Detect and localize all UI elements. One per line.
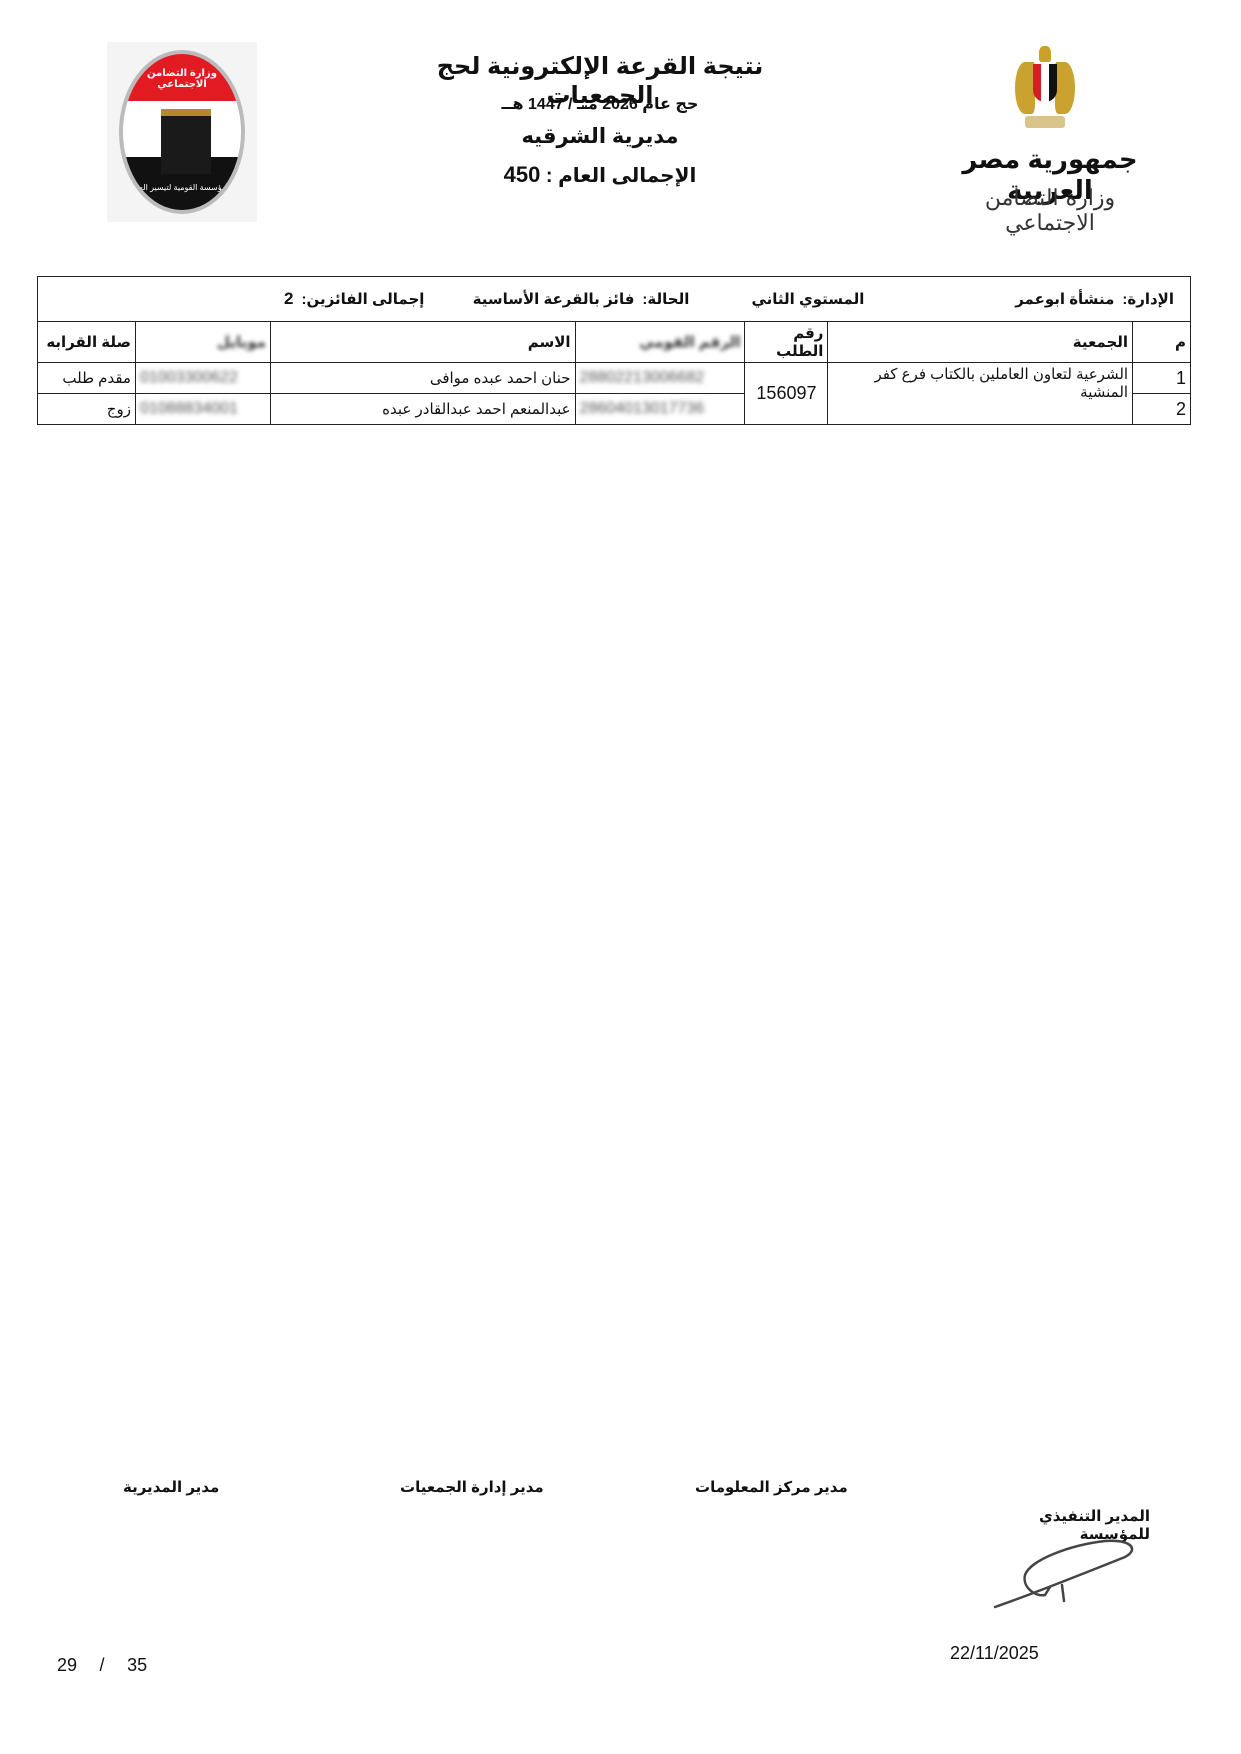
applicant-name: عبدالمنعم احمد عبدالقادر عبده bbox=[270, 394, 575, 425]
page-indicator: 29 / 35 bbox=[57, 1655, 147, 1676]
winners-value: 2 bbox=[284, 289, 293, 309]
egypt-eagle-emblem-icon bbox=[1015, 46, 1075, 134]
logo-caption-bottom: المؤسسة القومية لتيسير الحج bbox=[123, 183, 241, 192]
grand-total-label: الإجمالى العام : bbox=[546, 165, 696, 187]
page-current: 29 bbox=[57, 1655, 77, 1675]
col-request-number: رقم الطلب bbox=[745, 322, 828, 363]
grand-total: الإجمالى العام : 450 bbox=[380, 162, 820, 188]
col-name: الاسم bbox=[270, 322, 575, 363]
mobile: 01088834001 bbox=[135, 394, 270, 425]
status-label: الحالة: bbox=[642, 290, 689, 308]
mobile: 01003300622 bbox=[135, 363, 270, 394]
signatory-info-center-manager: مدير مركز المعلومات bbox=[695, 1478, 848, 1496]
relation: مقدم طلب bbox=[38, 363, 136, 394]
col-mobile: موبايل bbox=[135, 322, 270, 363]
summary-row: الإدارة: منشأة ابوعمر المستوي الثاني الح… bbox=[38, 277, 1191, 322]
signatory-associations-manager: مدير إدارة الجمعيات bbox=[400, 1478, 544, 1496]
page-separator: / bbox=[82, 1655, 122, 1676]
logo-caption-top: وزارة التضامن الاجتماعي bbox=[123, 68, 241, 90]
winners-label: إجمالى الفائزين: bbox=[301, 290, 424, 308]
row-index: 2 bbox=[1133, 394, 1191, 425]
winners-table: الإدارة: منشأة ابوعمر المستوي الثاني الح… bbox=[37, 276, 1191, 425]
page-total: 35 bbox=[127, 1655, 147, 1675]
national-id: 28802213006682 bbox=[575, 363, 745, 394]
applicant-name: حنان احمد عبده موافى bbox=[270, 363, 575, 394]
col-index: م bbox=[1133, 322, 1191, 363]
association-name: الشرعية لتعاون العاملين بالكتاب فرع كفر … bbox=[828, 363, 1133, 425]
administration-value: منشأة ابوعمر bbox=[864, 290, 1114, 308]
level: المستوي الثاني bbox=[689, 290, 864, 308]
signature-icon bbox=[990, 1535, 1140, 1615]
row-index: 1 bbox=[1133, 363, 1191, 394]
kaaba-logo-icon: وزارة التضامن الاجتماعي المؤسسة القومية … bbox=[119, 50, 245, 214]
col-association: الجمعية bbox=[828, 322, 1133, 363]
grand-total-value: 450 bbox=[504, 162, 541, 187]
national-id: 28604013017736 bbox=[575, 394, 745, 425]
directorate-name: مديرية الشرقيه bbox=[380, 124, 820, 149]
relation: زوج bbox=[38, 394, 136, 425]
hajj-year: حج عام 2026 مــ / 1447 هــ bbox=[380, 94, 820, 114]
table-row: 1 الشرعية لتعاون العاملين بالكتاب فرع كف… bbox=[38, 363, 1191, 394]
col-national-id: الرقم القومي bbox=[575, 322, 745, 363]
request-number: 156097 bbox=[745, 363, 828, 425]
report-date: 22/11/2025 bbox=[950, 1643, 1039, 1664]
administration-label: الإدارة: bbox=[1122, 290, 1174, 308]
status-value: فائز بالقرعة الأساسية bbox=[424, 290, 634, 308]
kaaba-icon bbox=[161, 109, 211, 174]
table-header: م الجمعية رقم الطلب الرقم القومي الاسم م… bbox=[38, 322, 1191, 363]
col-relation: صلة القرابه bbox=[38, 322, 136, 363]
hajj-foundation-logo: وزارة التضامن الاجتماعي المؤسسة القومية … bbox=[107, 42, 257, 222]
signatory-directorate-manager: مدير المديرية bbox=[123, 1478, 219, 1496]
ministry-name: وزارة التضامن الاجتماعي bbox=[940, 186, 1160, 236]
flag-shield-icon bbox=[1033, 64, 1057, 102]
